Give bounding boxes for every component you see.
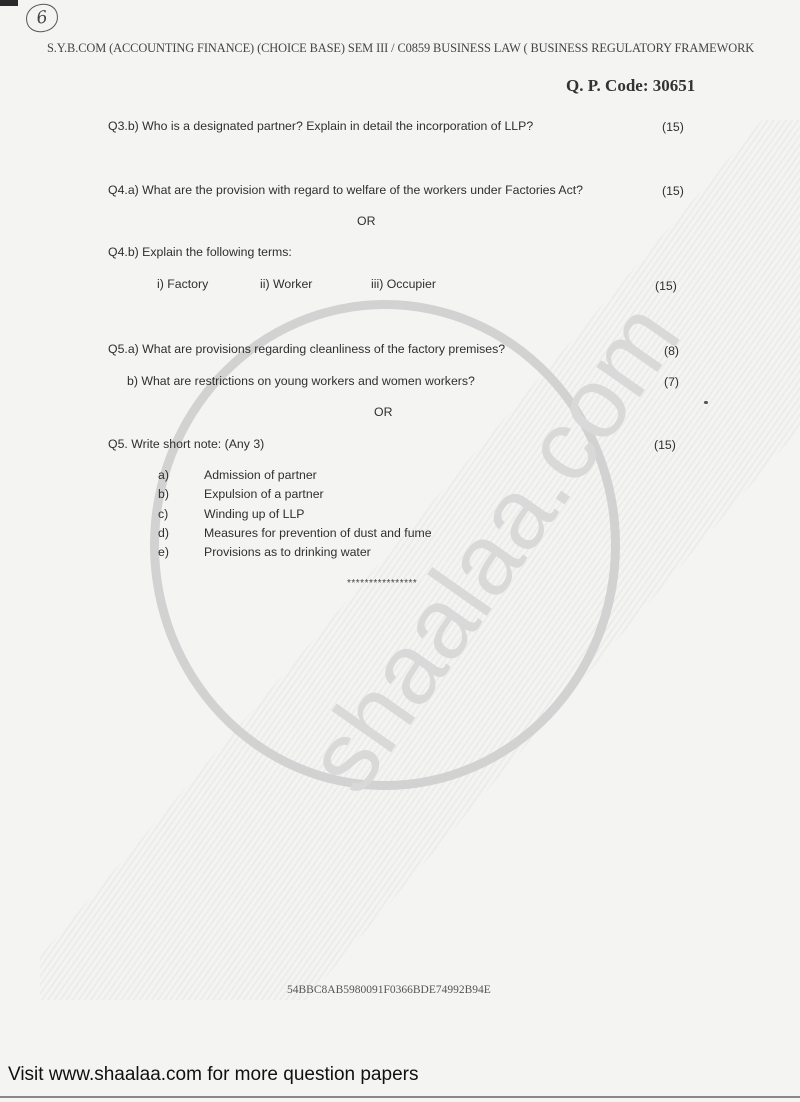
note-label: c) (158, 507, 168, 521)
marks-q5b: (7) (664, 375, 679, 389)
note-item: Measures for prevention of dust and fume (204, 526, 432, 540)
note-item: Expulsion of a partner (204, 487, 324, 501)
question-q3b: Q3.b) Who is a designated partner? Expla… (108, 119, 533, 133)
note-label: a) (158, 468, 169, 482)
note-item: Provisions as to drinking water (204, 545, 371, 559)
or-divider: OR (357, 214, 375, 228)
note-label: e) (158, 545, 169, 559)
qp-code: Q. P. Code: 30651 (566, 76, 695, 96)
footer-divider (0, 1096, 800, 1098)
question-q4b: Q4.b) Explain the following terms: (108, 245, 292, 259)
marks-q4b: (15) (655, 279, 677, 293)
note-item: Winding up of LLP (204, 507, 305, 521)
note-label: b) (158, 487, 169, 501)
exam-page: shaalaa.com 6 S.Y.B.COM (ACCOUNTING FINA… (0, 0, 800, 1102)
or-divider: OR (374, 405, 392, 419)
term-worker: ii) Worker (260, 277, 312, 291)
note-item: Admission of partner (204, 468, 317, 482)
marks-q3b: (15) (662, 120, 684, 134)
marks-q5-alt: (15) (654, 438, 676, 452)
note-label: d) (158, 526, 169, 540)
question-q5-alt: Q5. Write short note: (Any 3) (108, 437, 264, 451)
marks-q5a: (8) (664, 344, 679, 358)
handwritten-page-number: 6 (24, 2, 60, 34)
document-id: 54BBC8AB5980091F0366BDE74992B94E (287, 984, 491, 996)
course-header: S.Y.B.COM (ACCOUNTING FINANCE) (CHOICE B… (47, 41, 754, 56)
marks-q4a: (15) (662, 184, 684, 198)
question-q5b: b) What are restrictions on young worker… (127, 374, 475, 388)
scan-edge (0, 0, 18, 6)
end-of-paper-marker: **************** (347, 578, 417, 589)
term-occupier: iii) Occupier (371, 277, 436, 291)
term-factory: i) Factory (157, 277, 208, 291)
ink-dot (704, 401, 708, 404)
question-q5a: Q5.a) What are provisions regarding clea… (108, 342, 505, 356)
question-q4a: Q4.a) What are the provision with regard… (108, 183, 583, 197)
footer-promo: Visit www.shaalaa.com for more question … (8, 1064, 418, 1086)
